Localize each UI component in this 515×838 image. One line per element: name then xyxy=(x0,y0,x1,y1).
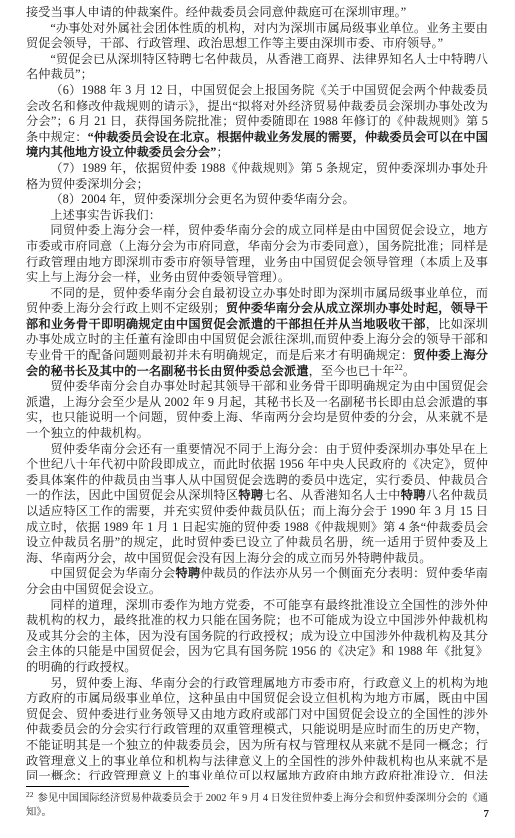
text-run: 中国贸促会为华南分会 xyxy=(50,566,175,580)
text-run: ； xyxy=(217,145,229,159)
paragraph: 另，贸仲委上海、华南分会的行政管理属地方市委市府，行政意义上的机构为地方政府的市… xyxy=(26,676,488,780)
paragraph: “办事处对外属社会团体性质的机构，对内为深圳市属局级事业单位。业务主要由贸促会领… xyxy=(26,21,488,52)
footnote-area: 22参见中国国际经济贸易仲裁委员会于 2002 年 9 月 4 日发往贸仲委上海… xyxy=(26,786,488,819)
text-run: 接受当事人申请的仲裁案件。经仲裁委员会同意仲裁庭可在深圳审理。” xyxy=(26,5,406,19)
paragraph: （6）1988 年 3 月 12 日，中国贸促会上报国务院《关于中国贸促会两个仲… xyxy=(26,83,488,161)
bold-text-run: “仲裁委员会设在北京。根据仲裁业务发展的需要，仲裁委员会可以在中国境内其他地方设… xyxy=(26,130,488,160)
text-run: “办事处对外属社会团体性质的机构，对内为深圳市属局级事业单位。业务主要由贸促会领… xyxy=(26,21,488,51)
text-run: 。 xyxy=(403,364,415,378)
text-run: （7）1989 年，依据贸仲委 1988《仲裁规则》第 5 条规定，贸仲委深圳办… xyxy=(26,161,488,191)
page-number: 7 xyxy=(484,808,490,820)
paragraph: “贸促会已从深圳特区特聘七名仲裁员，从香港工商界、法律界知名人士中特聘八名仲裁员… xyxy=(26,52,488,83)
text-run: 另，贸仲委上海、华南分会的行政管理属地方市委市府，行政意义上的机构为地方政府的市… xyxy=(26,676,488,780)
footnote-marker: 22 xyxy=(26,790,34,799)
footnote: 22参见中国国际经济贸易仲裁委员会于 2002 年 9 月 4 日发往贸仲委上海… xyxy=(26,792,488,819)
paragraph: 同贸仲委上海分会一样，贸仲委华南分会的成立同样是由中国贸促会设立，地方市委或市府… xyxy=(26,223,488,285)
text-run: 贸仲委华南分会自办事处时起其领导干部和业务骨干即明确规定为由中国贸促会派遣，上海… xyxy=(26,379,488,440)
document-page: 接受当事人申请的仲裁案件。经仲裁委员会同意仲裁庭可在深圳审理。”“办事处对外属社… xyxy=(0,0,515,838)
footnote-reference: 22 xyxy=(395,363,403,372)
paragraph: 接受当事人申请的仲裁案件。经仲裁委员会同意仲裁庭可在深圳审理。” xyxy=(26,5,488,21)
paragraph: 同样的道理，深圳市委作为地方党委，不可能享有最终批准设立全国性的涉外仲裁机构的权… xyxy=(26,598,488,676)
text-run: 同贸仲委上海分会一样，贸仲委华南分会的成立同样是由中国贸促会设立，地方市委或市府… xyxy=(26,223,488,284)
paragraph: 贸仲委华南分会自办事处时起其领导干部和业务骨干即明确规定为由中国贸促会派遣，上海… xyxy=(26,379,488,441)
paragraph: （7）1989 年，依据贸仲委 1988《仲裁规则》第 5 条规定，贸仲委深圳办… xyxy=(26,161,488,192)
document-body: 接受当事人申请的仲裁案件。经仲裁委员会同意仲裁庭可在深圳审理。”“办事处对外属社… xyxy=(26,5,488,780)
paragraph: （8）2004 年，贸仲委深圳分会更名为贸仲委华南分会。 xyxy=(26,192,488,208)
paragraph: 中国贸促会为华南分会特聘仲裁员的作法亦从另一个侧面充分表明：贸仲委华南分会由中国… xyxy=(26,566,488,597)
bold-text-run: 特聘 xyxy=(401,488,426,502)
text-run: 七名、从香港知名人士中 xyxy=(263,488,400,502)
paragraph: 贸仲委华南分会还有一重要情况不同于上海分会：由于贸仲委深圳办事处早在上个世纪八十… xyxy=(26,442,488,567)
text-run: “贸促会已从深圳特区特聘七名仲裁员，从香港工商界、法律界知名人士中特聘八名仲裁员… xyxy=(26,52,488,82)
bold-text-run: 特聘 xyxy=(175,566,200,580)
text-run: 上述事实告诉我们： xyxy=(50,208,161,222)
bold-text-run: 特聘 xyxy=(238,488,263,502)
text-run: ，至今也已十年 xyxy=(309,364,395,378)
footnote-divider xyxy=(26,786,189,787)
footnote-text: 参见中国国际经济贸易仲裁委员会于 2002 年 9 月 4 日发往贸仲委上海分会… xyxy=(26,793,488,818)
text-run: （8）2004 年，贸仲委深圳分会更名为贸仲委华南分会。 xyxy=(50,192,354,206)
paragraph: 不同的是，贸仲委华南分会自最初设立办事处时即为深圳市属局级事业单位，而贸仲委上海… xyxy=(26,286,488,380)
paragraph: 上述事实告诉我们： xyxy=(26,208,488,224)
text-run: 同样的道理，深圳市委作为地方党委，不可能享有最终批准设立全国性的涉外仲裁机构的权… xyxy=(26,598,488,674)
